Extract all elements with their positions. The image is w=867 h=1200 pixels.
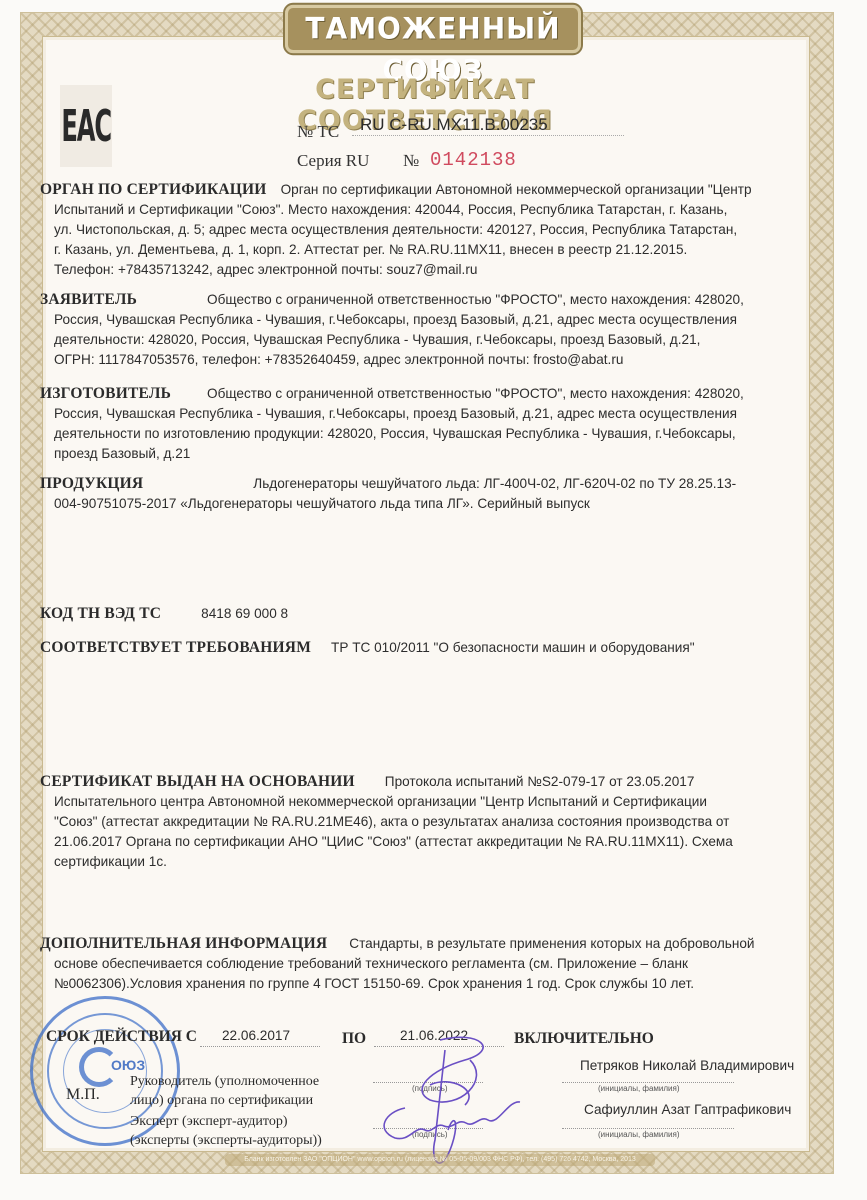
section-issued-basis: СЕРТИФИКАТ ВЫДАН НА ОСНОВАНИИПротокола и… [40, 772, 800, 872]
head-signatory-label: Руководитель (уполномоченное лицо) орган… [130, 1072, 319, 1110]
section-label: ДОПОЛНИТЕЛЬНАЯ ИНФОРМАЦИЯ [40, 935, 327, 952]
section-line: ул. Чистопольская, д. 5; адрес места осу… [54, 220, 800, 240]
expert-name-line [562, 1128, 734, 1129]
customs-union-badge: ТАМОЖЕННЫЙ СОЮЗ [285, 5, 581, 53]
head-name-caption: (инициалы, фамилия) [598, 1084, 680, 1093]
section-certification-body: ОРГАН ПО СЕРТИФИКАЦИИОрган по сертификац… [40, 180, 800, 280]
section-line: 21.06.2017 Органа по сертификации АНО "Ц… [54, 832, 800, 852]
section-line: Россия, Чувашская Республика - Чувашия, … [54, 404, 800, 424]
printer-note: Бланк изготовлен ЗАО "ОПЦИОН" www.opcion… [225, 1154, 655, 1166]
section-line: 004-90751075-2017 «Льдогенераторы чешуйч… [54, 494, 800, 514]
number-tc-value: RU C-RU.MX11.B.00235 [360, 115, 548, 135]
section-line: ОГРН: 1117847053576, телефон: +783526404… [54, 350, 800, 370]
section-complies-with: СООТВЕТСТВУЕТ ТРЕБОВАНИЯМТР ТС 010/2011 … [40, 638, 800, 658]
section-line: Россия, Чувашская Республика - Чувашия, … [54, 310, 800, 330]
section-line: "Союз" (аттестат аккредитации № RA.RU.21… [54, 812, 800, 832]
head-signatory-name: Петряков Николай Владимирович [580, 1058, 794, 1073]
expert-signatory-label: Эксперт (эксперт-аудитор) (эксперты (экс… [130, 1112, 322, 1150]
section-line: Испытательного центра Автономной некомме… [54, 792, 800, 812]
section-line: сертификации 1с. [54, 852, 800, 872]
stamp-logo-text: ОЮЗ [111, 1057, 145, 1073]
section-line: проезд Базовый, д.21 [54, 444, 800, 464]
validity-inclusive-label: ВКЛЮЧИТЕЛЬНО [514, 1030, 654, 1048]
series-label: Серия RU [297, 151, 369, 171]
section-first-line: Льдогенераторы чешуйчатого льда: ЛГ-400Ч… [253, 476, 736, 491]
tn-ved-code-value: 8418 69 000 8 [201, 606, 288, 621]
section-line: Телефон: +78435713242, адрес электронной… [54, 260, 800, 280]
validity-from-underline [200, 1046, 320, 1047]
section-line: Испытаний и Сертификации "Союз". Место н… [54, 200, 800, 220]
expert-signatory-name: Сафиуллин Азат Гаптрафикович [584, 1102, 791, 1117]
section-first-line: Протокола испытаний №S2-079-17 от 23.05.… [385, 774, 695, 789]
validity-from-date: 22.06.2017 [222, 1028, 290, 1043]
number-tc-label: № ТС [297, 122, 339, 142]
eac-mark-icon: EAC [60, 85, 112, 167]
section-line: основе обеспечивается соблюдение требова… [54, 954, 800, 974]
section-product: ПРОДУКЦИЯЛьдогенераторы чешуйчатого льда… [40, 474, 800, 514]
section-line: деятельности по изготовлению продукции: … [54, 424, 800, 444]
section-first-line: Общество с ограниченной ответственностью… [207, 386, 744, 401]
expert-name-caption: (инициалы, фамилия) [598, 1130, 680, 1139]
section-manufacturer: ИЗГОТОВИТЕЛЬОбщество с ограниченной отве… [40, 384, 800, 464]
section-line: г. Казань, ул. Дементьева, д. 1, корп. 2… [54, 240, 800, 260]
section-label: КОД ТН ВЭД ТС [40, 605, 161, 622]
section-label: СЕРТИФИКАТ ВЫДАН НА ОСНОВАНИИ [40, 773, 355, 790]
section-applicant: ЗАЯВИТЕЛЬОбщество с ограниченной ответст… [40, 290, 800, 370]
section-label: ОРГАН ПО СЕРТИФИКАЦИИ [40, 181, 267, 198]
validity-from-label: СРОК ДЕЙСТВИЯ С [46, 1028, 197, 1046]
blank-number: 0142138 [430, 149, 517, 171]
section-first-line: Стандарты, в результате применения котор… [349, 936, 754, 951]
stamp-place-label: М.П. [66, 1086, 100, 1104]
number-tc-underline [352, 135, 624, 136]
section-label: ПРОДУКЦИЯ [40, 475, 143, 492]
section-label: ИЗГОТОВИТЕЛЬ [40, 385, 171, 402]
section-label: ЗАЯВИТЕЛЬ [40, 291, 137, 308]
complies-with-value: ТР ТС 010/2011 "О безопасности машин и о… [331, 640, 695, 655]
section-first-line: Общество с ограниченной ответственностью… [207, 292, 744, 307]
section-additional-info: ДОПОЛНИТЕЛЬНАЯ ИНФОРМАЦИЯСтандарты, в ре… [40, 934, 800, 994]
head-name-line [562, 1082, 734, 1083]
section-first-line: Орган по сертификации Автономной некомме… [281, 182, 752, 197]
section-tn-ved-code: КОД ТН ВЭД ТС8418 69 000 8 [40, 604, 800, 624]
section-label: СООТВЕТСТВУЕТ ТРЕБОВАНИЯМ [40, 639, 311, 656]
section-line: деятельности: 428020, Россия, Чувашская … [54, 330, 800, 350]
section-line: №0062306).Условия хранения по группе 4 Г… [54, 974, 800, 994]
validity-to-label: ПО [342, 1030, 366, 1048]
blank-number-label: № [403, 151, 419, 171]
